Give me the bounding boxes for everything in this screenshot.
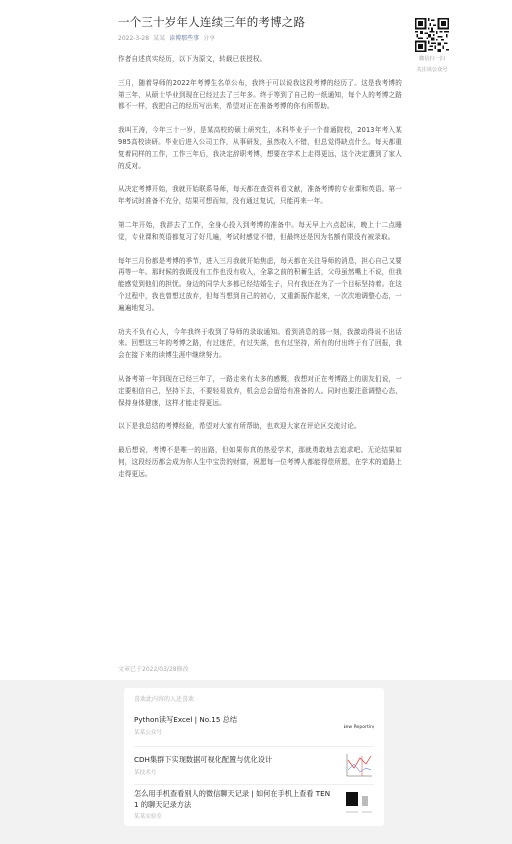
- recommendation-item[interactable]: Python读写Excel | No.15 总结 某某公众号 New Repor…: [134, 706, 374, 747]
- account-link[interactable]: 读博那些事: [169, 34, 199, 44]
- article-author: 某某: [153, 34, 165, 44]
- recommendation-header: 喜欢此内容的人还喜欢: [134, 694, 194, 703]
- modified-note: 文章已于2022/03/28修改: [118, 664, 189, 673]
- paragraph: 我叫王涛，今年三十一岁，是某高校的硕士研究生，本科毕业于一个普通院校，2013年…: [118, 125, 402, 172]
- paragraph: 第二年开始，我辞去了工作，全身心投入到考博的准备中。每天早上六点起床，晚上十二点…: [118, 220, 402, 244]
- qr-caption-line2: 关注该公众号: [416, 66, 447, 74]
- article-meta: 2022-3-28 某某 读博那些事 分享: [118, 34, 402, 44]
- paragraph: 从备考第一年到现在已经三年了，一路走来有太多的感慨，我想对正在考博路上的朋友们说…: [118, 374, 402, 409]
- thumbnail-text: New Reporting: [344, 725, 374, 730]
- paragraph: 每年三月份都是考博的季节，进入三月我就开始焦虑，每天都在关注导师的消息，担心自己…: [118, 256, 402, 315]
- qr-code-panel: 微信扫一扫 关注该公众号: [412, 18, 452, 74]
- article-date: 2022-3-28: [118, 34, 149, 44]
- paragraph: 以下是我总结的考博经验，希望对大家有所帮助，也欢迎大家在评论区交流讨论。: [118, 421, 402, 433]
- recommendation-card: 喜欢此内容的人还喜欢 Python读写Excel | No.15 总结 某某公众…: [124, 688, 384, 826]
- qr-code-icon: [415, 18, 449, 52]
- qr-caption-line1: 微信扫一扫: [419, 55, 445, 63]
- recommendation-thumbnail: New Reporting: [344, 712, 374, 742]
- chart-thumbnail-icon: [344, 750, 374, 780]
- recommendation-item[interactable]: 怎么用手机查看别人的微信聊天记录 | 如何在手机上查看 TEN 1 的聊天记录方…: [134, 784, 374, 824]
- recommendation-title[interactable]: 怎么用手机查看别人的微信聊天记录 | 如何在手机上查看 TEN 1 的聊天记录方…: [134, 788, 334, 810]
- recommendation-item[interactable]: CDH集群下实现数据可视化配置与优化设计 某技术号: [134, 746, 374, 785]
- image-thumbnail-icon: [344, 788, 374, 818]
- article-extra: 分享: [203, 34, 215, 44]
- article: 一个三十岁年人连续三年的考博之路 2022-3-28 某某 读博那些事 分享 作…: [118, 14, 402, 493]
- recommendation-title[interactable]: CDH集群下实现数据可视化配置与优化设计: [134, 754, 334, 765]
- paragraph: 三月，随着导师的2022年考博生名单公布，我终于可以说我这段考博的经历了。这是我…: [118, 78, 402, 113]
- recommendation-source: 某某实验室: [134, 812, 162, 820]
- recommendation-title[interactable]: Python读写Excel | No.15 总结: [134, 714, 334, 725]
- paragraph: 作者自述真实经历，以下为原文，转载已获授权。: [118, 54, 402, 66]
- paragraph: 从决定考博开始，我就开始联系导师，每天都在查资料看文献，准备考博的专业课和英语。…: [118, 184, 402, 208]
- recommendation-source: 某技术号: [134, 768, 156, 776]
- paragraph: 功夫不负有心人，今年我终于收到了导师的录取通知。看到消息的那一刻，我激动得说不出…: [118, 327, 402, 362]
- recommendation-source: 某某公众号: [134, 728, 162, 736]
- paragraph: 最后想说，考博不是唯一的出路，但如果你真的热爱学术，那就勇敢地去追求吧。无论结果…: [118, 445, 402, 480]
- article-title: 一个三十岁年人连续三年的考博之路: [118, 14, 402, 30]
